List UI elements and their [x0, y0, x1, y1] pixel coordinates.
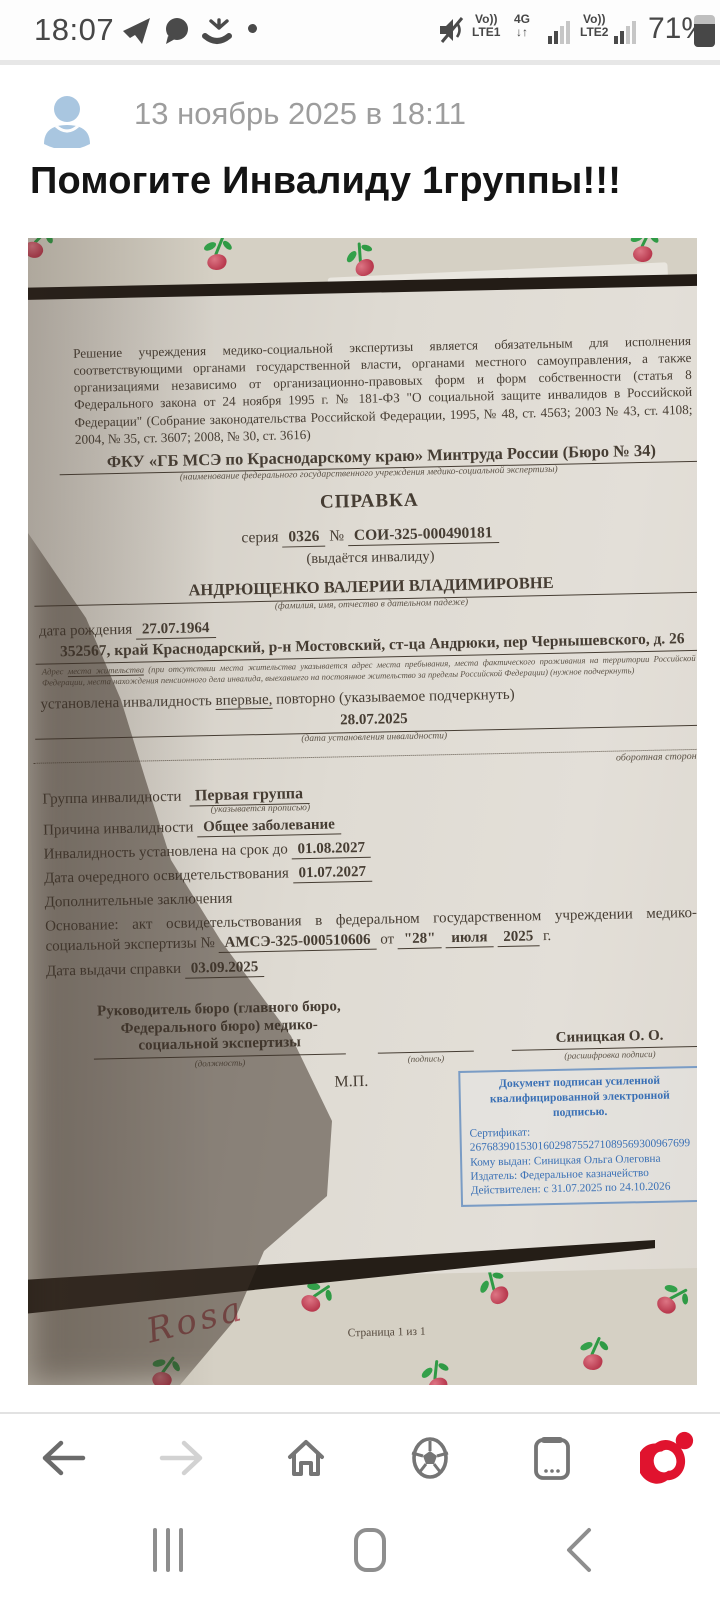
opera-logo-icon: [640, 1430, 696, 1486]
recents-icon: [153, 1528, 183, 1572]
home-button[interactable]: [278, 1430, 334, 1486]
doc-sign-name: Синицкая О. О.: [511, 1027, 697, 1051]
forward-button[interactable]: [154, 1430, 210, 1486]
browser-toolbar: [0, 1412, 720, 1500]
post-date: 13 ноябрь 2025 в 18:11: [134, 96, 466, 132]
tabs-button[interactable]: [524, 1430, 580, 1486]
battery-icon: [694, 15, 715, 47]
opera-menu-button[interactable]: [640, 1430, 696, 1486]
doc-issue-value: 03.09.2025: [185, 959, 265, 979]
sports-button[interactable]: [402, 1430, 458, 1486]
esign-title: Документ подписан усиленной квалифициров…: [468, 1073, 691, 1122]
doc-birth-value: 27.07.1964: [136, 620, 216, 640]
doc-cause-value: Общее заболевание: [197, 816, 341, 837]
tabs-icon: [530, 1434, 574, 1482]
recents-button[interactable]: [140, 1524, 196, 1576]
doc-basis-number: АМСЭ-325-000510606: [218, 931, 376, 952]
rose-decoration: [417, 1358, 457, 1385]
back-nav-button[interactable]: [550, 1524, 606, 1576]
rose-decoration: [572, 1333, 613, 1382]
back-arrow-icon: [39, 1438, 87, 1478]
football-icon: [407, 1435, 453, 1481]
missed-call-icon: [202, 17, 232, 45]
divider: [0, 60, 720, 65]
doc-term-value: 01.08.2027: [291, 839, 371, 859]
doc-reverse-note: оборотная сторона: [34, 748, 697, 775]
doc-stamp-and-esign: М.П. Документ подписан усиленной квалифи…: [36, 1066, 697, 1216]
home-icon: [283, 1435, 329, 1481]
status-bar: 18:07 Vo))LTE1 4G↓↑ Vo))LTE2: [0, 0, 720, 60]
volte1-indicator: Vo))LTE1: [472, 13, 500, 39]
mute-icon: [438, 15, 466, 45]
avatar[interactable]: [40, 92, 94, 148]
android-nav-bar: [0, 1500, 720, 1600]
doc-stamp-placeholder: М.П.: [334, 1073, 371, 1209]
clock: 18:07: [34, 12, 114, 48]
forward-arrow-icon: [158, 1438, 206, 1478]
doc-intro-paragraph: Решение учреждения медико-социальной экс…: [73, 332, 693, 448]
doc-number-value: СОИ-325-000490181: [348, 524, 499, 546]
rose-decoration: [139, 1349, 187, 1385]
back-nav-icon: [563, 1526, 593, 1574]
doc-head-position: Руководитель бюро (главного бюро, Федера…: [93, 998, 346, 1059]
doc-signature-line: [377, 1030, 473, 1054]
doc-basis-paragraph: Основание: акт освидетельствования в фед…: [33, 902, 697, 957]
telegram-icon: [122, 17, 152, 45]
network-mode-indicator: 4G↓↑: [514, 13, 530, 39]
back-button[interactable]: [35, 1430, 91, 1486]
notification-dot-icon: [248, 24, 257, 33]
doc-established-first: впервые,: [215, 691, 272, 709]
certificate-paper: Решение учреждения медико-социальной экс…: [28, 286, 697, 1282]
home-nav-button[interactable]: [342, 1524, 398, 1576]
esign-box: Документ подписан усиленной квалифициров…: [458, 1066, 697, 1207]
rose-decoration: [28, 238, 61, 274]
rose-decoration: [197, 238, 237, 282]
doc-series-value: 0326: [282, 528, 325, 548]
signal-bars-1-icon: [548, 20, 574, 44]
post-title: Помогите Инвалиду 1группы!!!: [30, 160, 690, 203]
screen: 18:07 Vo))LTE1 4G↓↑ Vo))LTE2: [0, 0, 720, 1600]
signal-bars-2-icon: [614, 20, 640, 44]
home-nav-icon: [354, 1528, 386, 1572]
post-photo[interactable]: Rosa Решение учреждения медико-социально…: [28, 238, 697, 1385]
rose-decoration: [472, 1265, 523, 1320]
doc-title: СПРАВКА: [28, 483, 697, 519]
volte2-indicator: Vo))LTE2: [580, 13, 608, 39]
chat-icon: [162, 17, 192, 45]
doc-next-exam-value: 01.07.2027: [292, 863, 372, 883]
